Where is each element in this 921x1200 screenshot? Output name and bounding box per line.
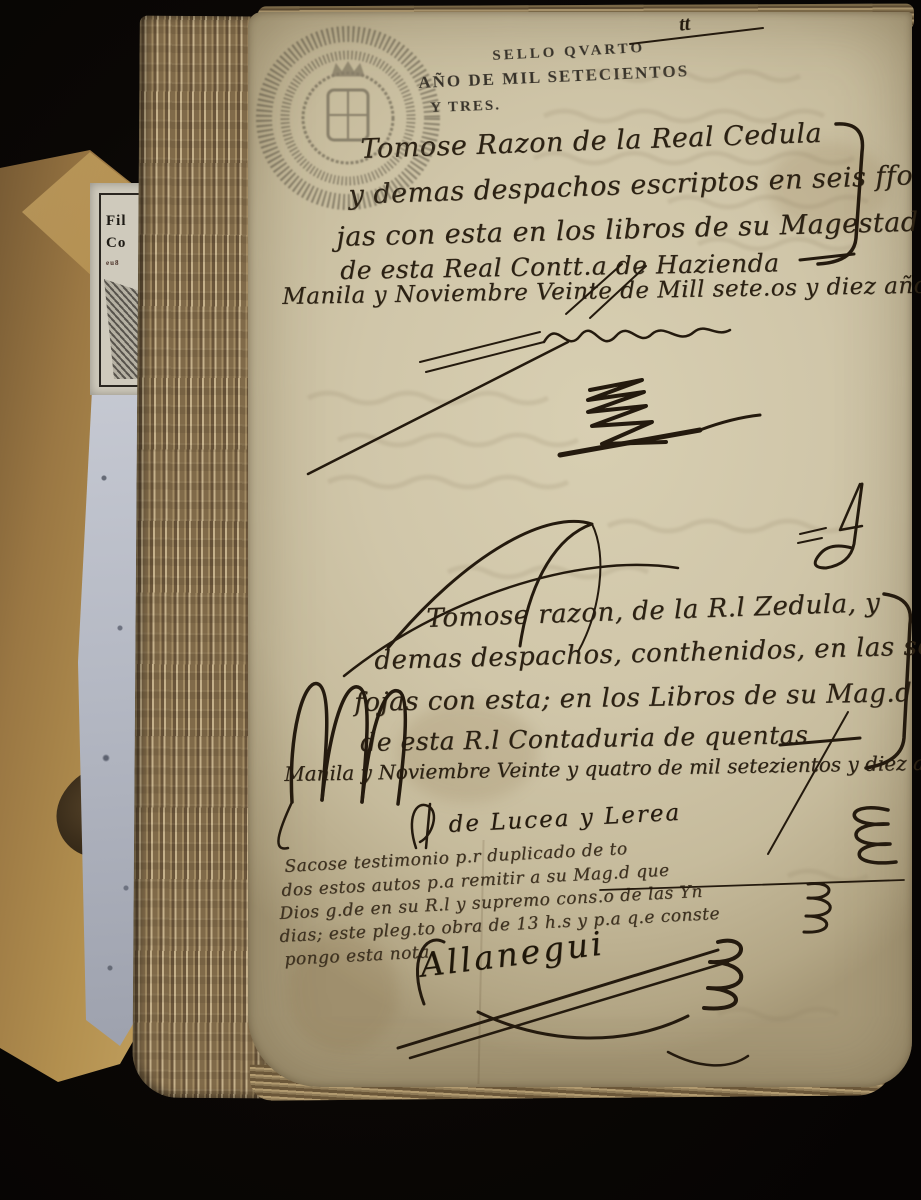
- entry2-line-1: Tomose razon, de la R.l Zedula, y: [426, 588, 881, 634]
- archive-label-line3: eu8: [106, 259, 120, 267]
- signature-lucea-name: de Lucea y Lerea: [448, 800, 682, 838]
- entry2-line-3: fojas con esta; en los Libros de su Mag.…: [354, 678, 913, 718]
- photo-of-manuscript-volume: Fil Co eu8 tt SELLO QVARTO AÑO DE MIL SE…: [0, 0, 921, 1200]
- entry1-line-1: Tomose Razon de la Real Cedula: [360, 118, 823, 165]
- entry2-line-2: demas despachos, conthenidos, en las sei…: [374, 631, 921, 676]
- tt-underline: [630, 28, 763, 44]
- manuscript-page: tt SELLO QVARTO AÑO DE MIL SETECIENTOS Y…: [248, 12, 912, 1087]
- entry1-line-3: jas con esta en los libros de su Magesta…: [336, 207, 919, 253]
- archive-label-line2: Co: [106, 235, 126, 252]
- paraph-mark-right: [798, 484, 862, 568]
- entry1-dash: [800, 254, 854, 260]
- stamp-line-3: Y TRES.: [430, 98, 501, 117]
- royal-seal-icon: [264, 34, 432, 202]
- tt-paraph-mark: tt: [678, 13, 691, 37]
- stamp-line-1: SELLO QVARTO: [492, 40, 646, 65]
- stamp-line-2: AÑO DE MIL SETECIENTOS: [418, 61, 690, 93]
- note-rule-flourish: [804, 883, 830, 932]
- archive-label-line1: Fil: [106, 213, 127, 230]
